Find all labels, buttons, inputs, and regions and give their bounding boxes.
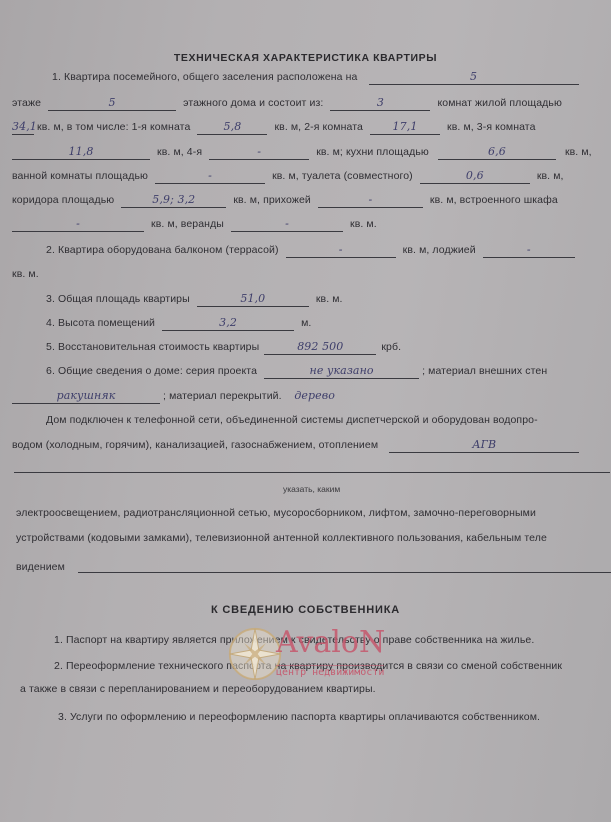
label: ; материал перекрытий. — [163, 390, 282, 402]
label: кв. м, в том числе: 1-я комната — [37, 121, 190, 133]
label: кв. м, веранды — [151, 218, 224, 230]
closet-field: - — [12, 218, 144, 232]
label: 5. Восстановительная стоимость квартиры — [46, 341, 259, 353]
owner-notice-title: К СВЕДЕНИЮ СОБСТВЕННИКА — [0, 604, 611, 616]
series-field: не указано — [264, 365, 419, 379]
veranda-field: - — [231, 218, 343, 232]
floors-material-field: дерево — [285, 390, 345, 403]
document-page: ТЕХНИЧЕСКАЯ ХАРАКТЕРИСТИКА КВАРТИРЫ 1. К… — [0, 0, 611, 822]
section2-line: 2. Квартира оборудована балконом (террас… — [46, 244, 575, 258]
label: 1. Квартира посемейного, общего заселени… — [52, 71, 357, 83]
section4-line: 4. Высота помещений 3,2 м. — [46, 317, 311, 331]
utilities-line5: видением — [16, 561, 65, 573]
watermark-brand: AvaloN — [276, 625, 385, 660]
label: этажного дома и состоит из: — [183, 97, 323, 109]
label: крб. — [381, 341, 401, 353]
label: кв. м, лоджией — [403, 244, 476, 256]
label: видением — [16, 561, 65, 573]
label: этаже — [12, 97, 41, 109]
label: кв. м, 2-я комната — [274, 121, 363, 133]
section6-line1: 6. Общие сведения о доме: серия проекта … — [46, 365, 547, 379]
room1-field: 5,8 — [197, 121, 267, 135]
kitchen-field: 6,6 — [438, 146, 556, 160]
label: коридора площадью — [12, 194, 114, 206]
watermark-logo: AvaloN центр недвижимости — [222, 623, 412, 693]
section2-unit: кв. м. — [12, 268, 39, 280]
utilities-line4: устройствами (кодовыми замками), телевиз… — [16, 532, 547, 544]
section1-line5: ванной комнаты площадью - кв. м, туалета… — [12, 170, 564, 184]
label: кв. м, встроенного шкафа — [430, 194, 558, 206]
cable-tv-line — [78, 572, 611, 573]
room2-field: 17,1 — [370, 121, 440, 135]
label: кв. м. — [350, 218, 377, 230]
utilities-line2: водом (холодным, горячим), канализацией,… — [12, 439, 579, 453]
cost-field: 892 500 — [264, 341, 376, 355]
section3-line: 3. Общая площадь квартиры 51,0 кв. м. — [46, 293, 343, 307]
section1-line6: коридора площадью 5,9; 3,2 кв. м, прихож… — [12, 194, 558, 208]
section1-line4: 11,8 кв. м, 4-я - кв. м; кухни площадью … — [12, 146, 592, 160]
label: ванной комнаты площадью — [12, 170, 148, 182]
section1-line1: 1. Квартира посемейного, общего заселени… — [52, 71, 579, 85]
section5-line: 5. Восстановительная стоимость квартиры … — [46, 341, 401, 355]
bathroom-field: - — [155, 170, 265, 184]
label: кв. м, туалета (совместного) — [272, 170, 413, 182]
label: кв. м, прихожей — [233, 194, 311, 206]
room4-field: - — [209, 146, 309, 160]
rooms-field: 3 — [330, 97, 430, 111]
balcony-field: - — [286, 244, 396, 258]
label: 2. Квартира оборудована балконом (террас… — [46, 244, 279, 256]
label: м. — [301, 317, 311, 329]
section1-line3: 34,1 кв. м, в том числе: 1-я комната 5,8… — [12, 121, 536, 135]
loggia-field: - — [483, 244, 575, 258]
walls-field: ракушняк — [12, 390, 160, 404]
hint-text: указать, каким — [283, 484, 340, 494]
label: ; материал внешних стен — [422, 365, 547, 377]
label: 3. Общая площадь квартиры — [46, 293, 190, 305]
utilities-line1: Дом подключен к телефонной сети, объедин… — [46, 414, 538, 426]
section1-line2: этаже 5 этажного дома и состоит из: 3 ко… — [12, 97, 562, 111]
label: кв. м; кухни площадью — [316, 146, 429, 158]
room3-field: 11,8 — [12, 146, 150, 160]
total-floors-field: 5 — [48, 97, 176, 111]
utilities-line3: электроосвещением, радиотрансляционной с… — [16, 507, 536, 519]
height-field: 3,2 — [162, 317, 294, 331]
label: 4. Высота помещений — [46, 317, 155, 329]
section6-line2: ракушняк ; материал перекрытий. дерево — [12, 390, 345, 404]
label: кв. м, 3-я комната — [447, 121, 536, 133]
toilet-field: 0,6 — [420, 170, 530, 184]
label: кв. м, 4-я — [157, 146, 202, 158]
label: комнат жилой площадью — [437, 97, 561, 109]
label: кв. м, — [537, 170, 564, 182]
label: 6. Общие сведения о доме: серия проекта — [46, 365, 257, 377]
label: водом (холодным, горячим), канализацией,… — [12, 439, 378, 451]
label: кв. м. — [316, 293, 343, 305]
document-title: ТЕХНИЧЕСКАЯ ХАРАКТЕРИСТИКА КВАРТИРЫ — [0, 52, 611, 64]
corridor-field: 5,9; 3,2 — [121, 194, 226, 208]
section1-line7: - кв. м, веранды - кв. м. — [12, 218, 377, 232]
heating-field: АГВ — [389, 439, 579, 453]
label: кв. м, — [565, 146, 592, 158]
floor-field: 5 — [369, 71, 579, 85]
owner-notice-p3: 3. Услуги по оформлению и переоформлению… — [58, 711, 540, 723]
blank-line — [14, 472, 610, 473]
total-area-field: 51,0 — [197, 293, 309, 307]
watermark-subtitle: центр недвижимости — [276, 665, 384, 678]
hallway-field: - — [318, 194, 423, 208]
living-area-field: 34,1 — [12, 121, 34, 135]
